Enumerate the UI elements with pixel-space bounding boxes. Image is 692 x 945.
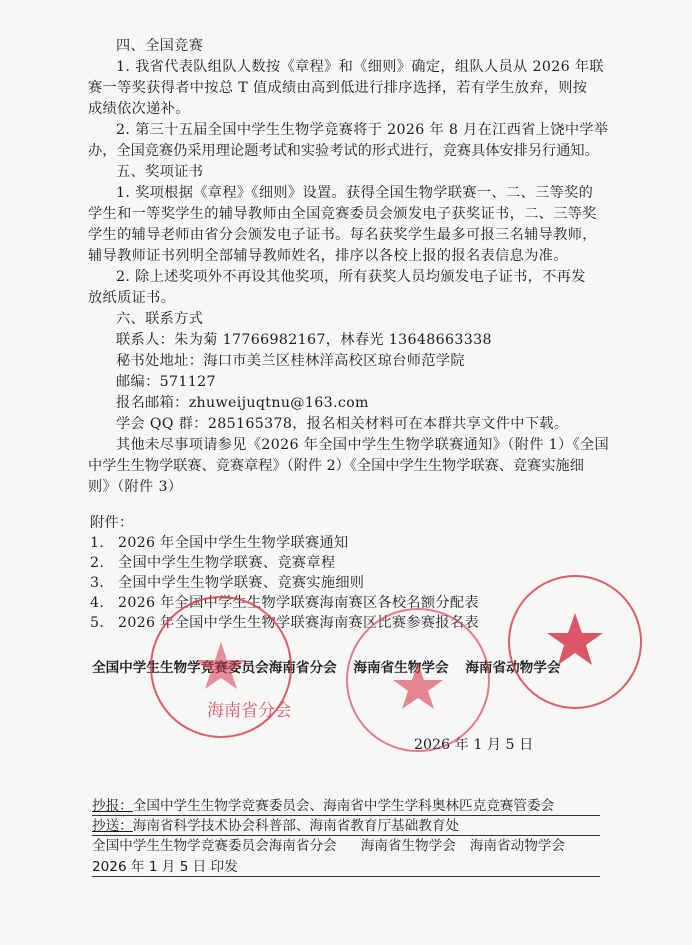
paragraph-line: 中学生生物学联赛、竞赛章程》（附件 2）《全国中学生生物学联赛、竞赛实施细 [88, 456, 608, 476]
postcode: 邮编：571127 [116, 372, 636, 392]
section-heading-awards: 五、奖项证书 [116, 162, 636, 182]
cc-report: 抄报：全国中学生生物学竞赛委员会、海南省中学生学科奥林匹克竞赛管委会 [92, 797, 554, 815]
signature-orgs: 全国中学生生物学竞赛委员会海南省分会 海南省生物学会 海南省动物学会 [92, 658, 572, 678]
attachment-item: 4.2026 年全国中学生生物学联赛海南赛区各校名额分配表 [90, 593, 479, 613]
attachments-label: 附件： [90, 513, 133, 533]
svg-text:海南省分会: 海南省分会 [207, 701, 290, 721]
signature-org: 海南省生物学会 [353, 660, 448, 676]
paragraph-line: 1. 奖项根据《章程》《细则》设置。获得全国生物学联赛一、二、三等奖的 [116, 183, 636, 203]
paragraph-line: 则》（附件 3） [88, 477, 608, 497]
signature-org: 全国中学生生物学竞赛委员会海南省分会 [92, 660, 337, 676]
issuer: 海南省生物学会 [361, 838, 456, 854]
paragraph-line: 辅导教师证书列明全部辅导教师姓名，排序以各校上报的报名表信息为准。 [88, 246, 608, 266]
section-heading-contact: 六、联系方式 [116, 309, 636, 329]
paragraph-line: 学生和一等奖学生的辅导教师由全国竞赛委员会颁发电子获奖证书，二、三等奖 [88, 204, 608, 224]
divider [92, 815, 600, 816]
signature-org: 海南省动物学会 [465, 660, 560, 676]
cc-send: 抄送：海南省科学技术协会科普部、海南省教育厅基础教育处 [92, 817, 459, 835]
section-heading-national-competition: 四、全国竞赛 [116, 36, 636, 56]
secretariat-address: 秘书处地址：海口市美兰区桂林洋高校区琼台师范学院 [116, 351, 636, 371]
attachment-item: 5.2026 年全国中学生生物学联赛海南赛区比赛参赛报名表 [90, 613, 479, 633]
issuer: 海南省动物学会 [470, 838, 565, 854]
registration-email: 报名邮箱：zhuweijuqtnu@163.com [116, 393, 636, 413]
qq-group: 学会 QQ 群：285165378，报名相关材料可在本群共享文件中下载。 [116, 414, 636, 434]
issuer: 全国中学生生物学竞赛委员会海南省分会 [92, 838, 337, 854]
issuers: 全国中学生生物学竞赛委员会海南省分会海南省生物学会海南省动物学会 [92, 837, 565, 855]
paragraph-line: 其他未尽事项请参见《2026 年全国中学生生物学联赛通知》（附件 1）《全国 [116, 435, 636, 455]
paragraph-line: 2. 第三十五届全国中学生生物学竞赛将于 2026 年 8 月在江西省上饶中学举 [116, 120, 636, 140]
paragraph-line: 放纸质证书。 [88, 288, 608, 308]
paragraph-line: 1. 我省代表队组队人数按《章程》和《细则》确定，组队人员从 2026 年联 [116, 57, 636, 77]
paragraph-line: 成绩依次递补。 [88, 99, 608, 119]
attachment-item: 1.2026 年全国中学生生物学联赛通知 [90, 533, 348, 553]
paragraph-line: 赛一等奖获得者中按总 T 值成绩由高到低进行排序选择，若有学生放弃，则按 [88, 78, 608, 98]
signature-date: 2026 年 1 月 5 日 [414, 734, 533, 754]
divider [92, 835, 600, 836]
paragraph-line: 办，全国竞赛仍采用理论题考试和实验考试的形式进行，竞赛具体安排另行通知。 [88, 141, 608, 161]
contact-persons: 联系人：朱为菊 17766982167，林春光 13648663338 [116, 330, 636, 350]
divider [92, 876, 600, 877]
issue-date: 2026 年 1 月 5 日 印发 [92, 858, 238, 876]
document-page: 四、全国竞赛 1. 我省代表队组队人数按《章程》和《细则》确定，组队人员从 20… [0, 0, 692, 945]
paragraph-line: 2. 除上述奖项外不再设其他奖项，所有获奖人员均颁发电子证书，不再发 [116, 267, 636, 287]
attachment-item: 2.全国中学生生物学联赛、竞赛章程 [90, 553, 335, 573]
attachment-item: 3.全国中学生生物学联赛、竞赛实施细则 [90, 573, 364, 593]
official-seal-icon [508, 575, 642, 709]
paragraph-line: 学生的辅导老师由省分会颁发电子证书。每名获奖学生最多可报三名辅导教师， [88, 225, 608, 245]
